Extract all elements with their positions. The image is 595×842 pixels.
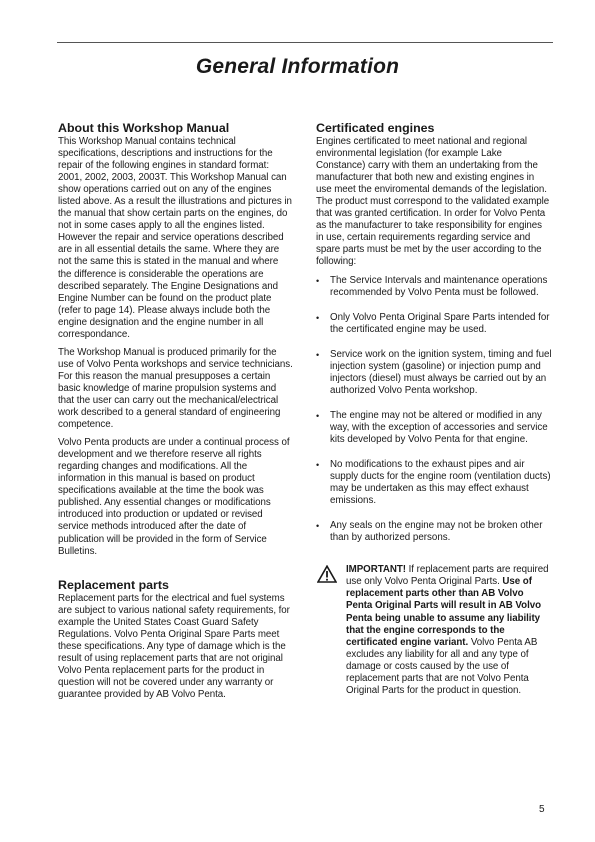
warning-triangle-icon (317, 565, 337, 583)
section-certificated-engines: Certificated engines Engines certificate… (316, 121, 552, 544)
list-item-text: Service work on the ignition system, tim… (330, 349, 552, 396)
warning-text: IMPORTANT! If replacement parts are requ… (346, 564, 552, 697)
list-item-text: No modifications to the exhaust pipes an… (330, 459, 551, 506)
list-item: •The engine may not be altered or modifi… (316, 410, 552, 446)
paragraph: Engines certificated to meet national an… (316, 136, 552, 269)
paragraph: Volvo Penta products are under a continu… (58, 437, 293, 557)
section-replacement-parts: Replacement parts Replacement parts for … (58, 578, 293, 701)
bullet-icon: • (316, 275, 319, 287)
bullet-icon: • (316, 410, 319, 422)
list-item: •Any seals on the engine may not be brok… (316, 520, 552, 544)
paragraph: This Workshop Manual contains technical … (58, 136, 293, 341)
paragraph: The Workshop Manual is produced primaril… (58, 347, 293, 431)
section-heading: Certificated engines (316, 121, 552, 135)
bullet-icon: • (316, 312, 319, 324)
page-number: 5 (539, 804, 545, 815)
list-item: •Service work on the ignition system, ti… (316, 349, 552, 397)
bullet-icon: • (316, 459, 319, 471)
left-column: About this Workshop Manual This Workshop… (58, 121, 293, 721)
list-item: •The Service Intervals and maintenance o… (316, 275, 552, 299)
header-rule (57, 42, 553, 43)
section-about-manual: About this Workshop Manual This Workshop… (58, 121, 293, 558)
warning-label: IMPORTANT! (346, 564, 406, 575)
page-title: General Information (0, 55, 595, 79)
requirements-list: •The Service Intervals and maintenance o… (316, 275, 552, 545)
right-column: Certificated engines Engines certificate… (316, 121, 552, 697)
list-item-text: The engine may not be altered or modifie… (330, 410, 548, 445)
list-item-text: The Service Intervals and maintenance op… (330, 275, 547, 298)
bullet-icon: • (316, 349, 319, 361)
list-item-text: Any seals on the engine may not be broke… (330, 520, 542, 543)
bullet-icon: • (316, 520, 319, 532)
section-heading: Replacement parts (58, 578, 293, 592)
paragraph: Replacement parts for the electrical and… (58, 593, 293, 701)
section-heading: About this Workshop Manual (58, 121, 293, 135)
list-item: •Only Volvo Penta Original Spare Parts i… (316, 312, 552, 336)
list-item: •No modifications to the exhaust pipes a… (316, 459, 552, 507)
list-item-text: Only Volvo Penta Original Spare Parts in… (330, 312, 550, 335)
important-warning: IMPORTANT! If replacement parts are requ… (316, 564, 552, 697)
